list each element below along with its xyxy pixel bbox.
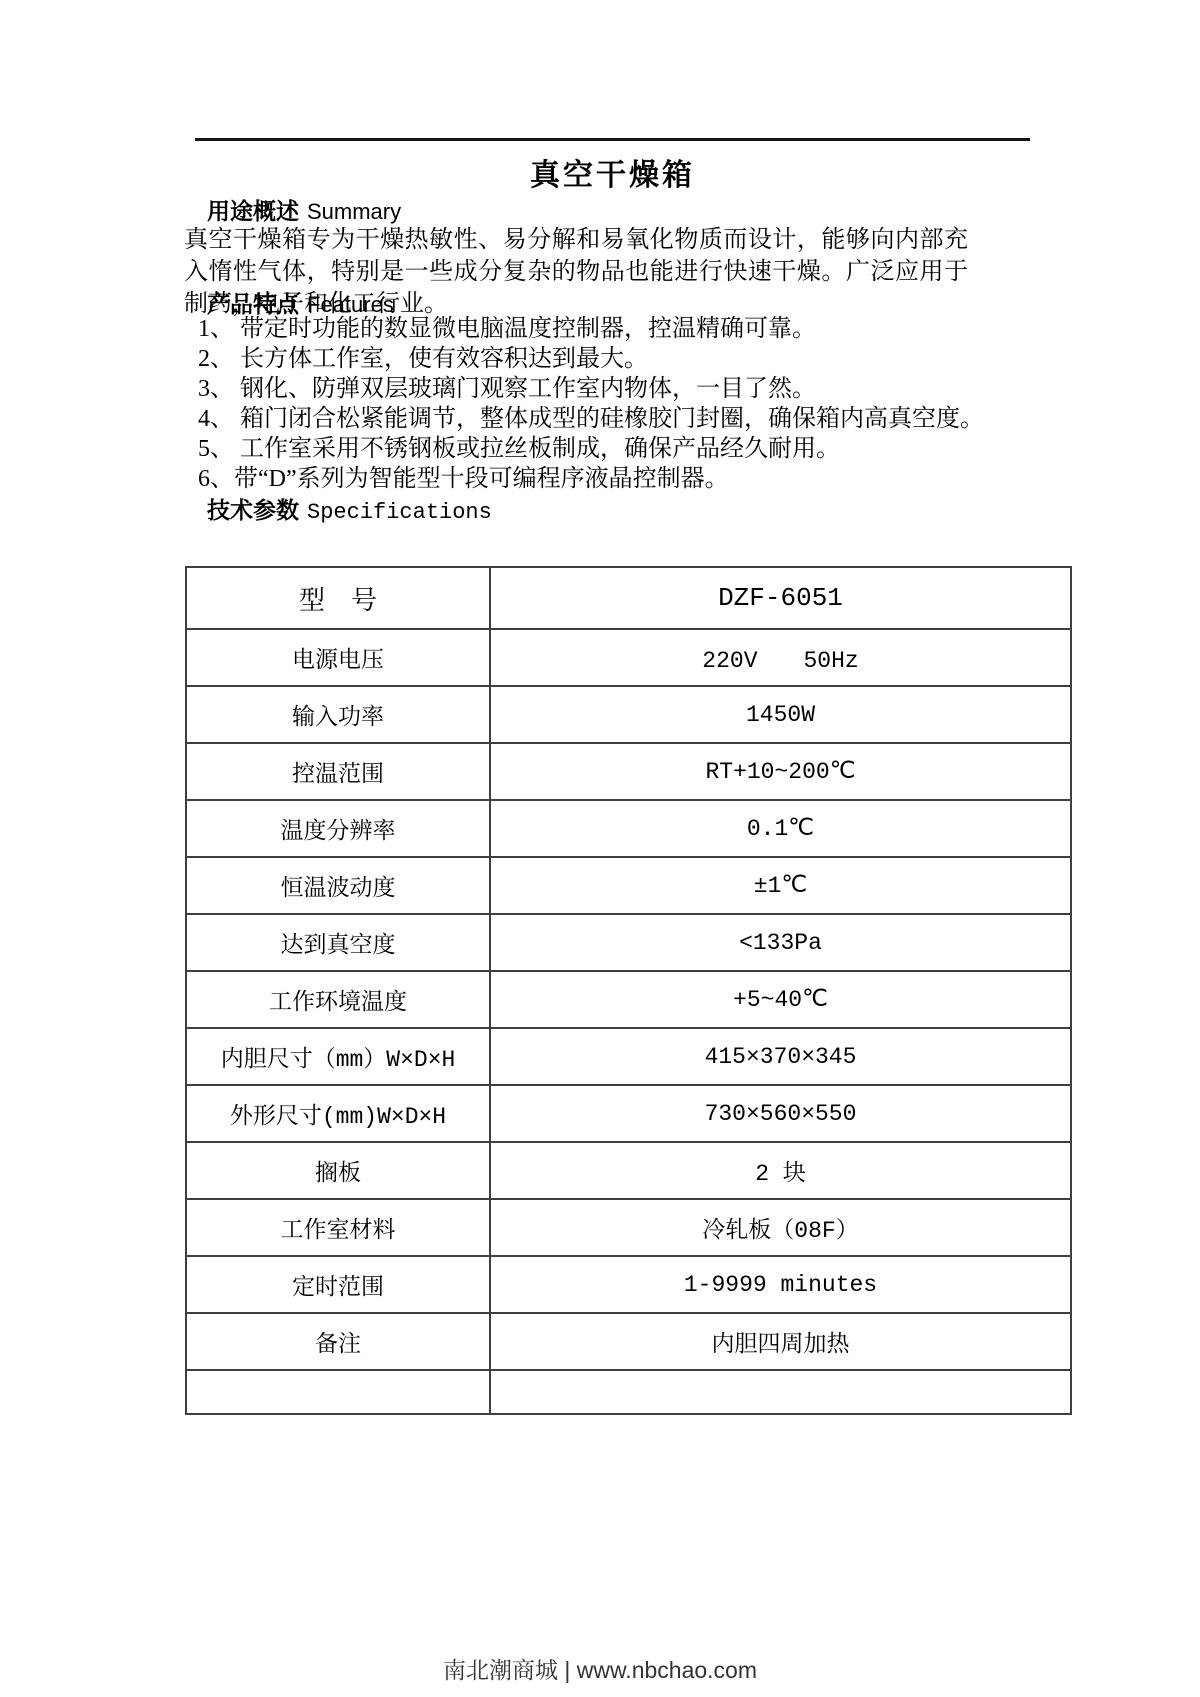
- spec-value: 1450W: [490, 686, 1071, 743]
- spec-label: 型 号: [186, 567, 490, 629]
- summary-heading-en: Summary: [307, 199, 401, 224]
- table-row: 输入功率 1450W: [186, 686, 1071, 743]
- table-row: 工作环境温度 +5~40℃: [186, 971, 1071, 1028]
- document-page: 真空干燥箱 用途概述Summary 真空干燥箱专为干燥热敏性、易分解和易氧化物质…: [0, 0, 1200, 1697]
- table-row: 温度分辨率 0.1℃: [186, 800, 1071, 857]
- table-row: 搁板 2 块: [186, 1142, 1071, 1199]
- footer-text: 南北潮商城 | www.nbchao.com: [443, 1657, 757, 1683]
- spec-value: 冷轧板（08F）: [490, 1199, 1071, 1256]
- spec-value: [490, 1370, 1071, 1414]
- spec-label: 电源电压: [186, 629, 490, 686]
- footer: 南北潮商城 | www.nbchao.com: [0, 1652, 1200, 1685]
- table-row: 控温范围 RT+10~200℃: [186, 743, 1071, 800]
- page-title: 真空干燥箱: [195, 150, 1030, 194]
- spec-value: 415×370×345: [490, 1028, 1071, 1085]
- top-divider: [195, 138, 1030, 141]
- spec-value: 2 块: [490, 1142, 1071, 1199]
- spec-label: 工作环境温度: [186, 971, 490, 1028]
- spec-label: 外形尺寸(mm)W×D×H: [186, 1085, 490, 1142]
- spec-label: 工作室材料: [186, 1199, 490, 1256]
- spec-label: 温度分辨率: [186, 800, 490, 857]
- specs-heading-en: Specifications: [307, 500, 492, 525]
- table-row: 内胆尺寸（mm）W×D×H 415×370×345: [186, 1028, 1071, 1085]
- summary-heading-zh: 用途概述: [207, 198, 299, 224]
- table-row: 型 号 DZF-6051: [186, 567, 1071, 629]
- spec-label: [186, 1370, 490, 1414]
- table-row: 定时范围 1-9999 minutes: [186, 1256, 1071, 1313]
- spec-value: 0.1℃: [490, 800, 1071, 857]
- section-heading-summary: 用途概述Summary: [207, 193, 401, 226]
- spec-value: +5~40℃: [490, 971, 1071, 1028]
- features-heading-zh: 产品特点: [207, 291, 299, 317]
- table-row-empty: [186, 1370, 1071, 1414]
- spec-value: <133Pa: [490, 914, 1071, 971]
- spec-value: 1-9999 minutes: [490, 1256, 1071, 1313]
- table-row: 达到真空度 <133Pa: [186, 914, 1071, 971]
- specifications-table: 型 号 DZF-6051 电源电压 220V 50Hz 输入功率 1450W 控…: [185, 566, 1072, 1415]
- features-heading-en: Features: [307, 292, 394, 317]
- spec-value: 730×560×550: [490, 1085, 1071, 1142]
- spec-value: DZF-6051: [490, 567, 1071, 629]
- feature-item: 2、 长方体工作室，使有效容积达到最大。: [198, 345, 998, 374]
- spec-value: RT+10~200℃: [490, 743, 1071, 800]
- feature-item: 1、 带定时功能的数显微电脑温度控制器，控温精确可靠。: [198, 315, 998, 344]
- spec-value: 220V 50Hz: [490, 629, 1071, 686]
- table-row: 工作室材料 冷轧板（08F）: [186, 1199, 1071, 1256]
- features-list: 1、 带定时功能的数显微电脑温度控制器，控温精确可靠。 2、 长方体工作室，使有…: [198, 315, 998, 495]
- spec-label: 达到真空度: [186, 914, 490, 971]
- spec-label: 备注: [186, 1313, 490, 1370]
- feature-item: 6、带“D”系列为智能型十段可编程序液晶控制器。: [198, 465, 998, 494]
- table-row: 备注 内胆四周加热: [186, 1313, 1071, 1370]
- table-row: 外形尺寸(mm)W×D×H 730×560×550: [186, 1085, 1071, 1142]
- spec-value: 内胆四周加热: [490, 1313, 1071, 1370]
- spec-label: 输入功率: [186, 686, 490, 743]
- spec-label: 恒温波动度: [186, 857, 490, 914]
- spec-label: 内胆尺寸（mm）W×D×H: [186, 1028, 490, 1085]
- section-heading-specs: 技术参数Specifications: [207, 492, 492, 525]
- table-row: 电源电压 220V 50Hz: [186, 629, 1071, 686]
- spec-label: 控温范围: [186, 743, 490, 800]
- feature-item: 3、 钢化、防弹双层玻璃门观察工作室内物体，一目了然。: [198, 375, 998, 404]
- table-row: 恒温波动度 ±1℃: [186, 857, 1071, 914]
- feature-item: 5、 工作室采用不锈钢板或拉丝板制成，确保产品经久耐用。: [198, 435, 998, 464]
- spec-label: 搁板: [186, 1142, 490, 1199]
- spec-value: ±1℃: [490, 857, 1071, 914]
- specs-heading-zh: 技术参数: [207, 497, 299, 523]
- spec-label: 定时范围: [186, 1256, 490, 1313]
- feature-item: 4、 箱门闭合松紧能调节，整体成型的硅橡胶门封圈，确保箱内高真空度。: [198, 405, 998, 434]
